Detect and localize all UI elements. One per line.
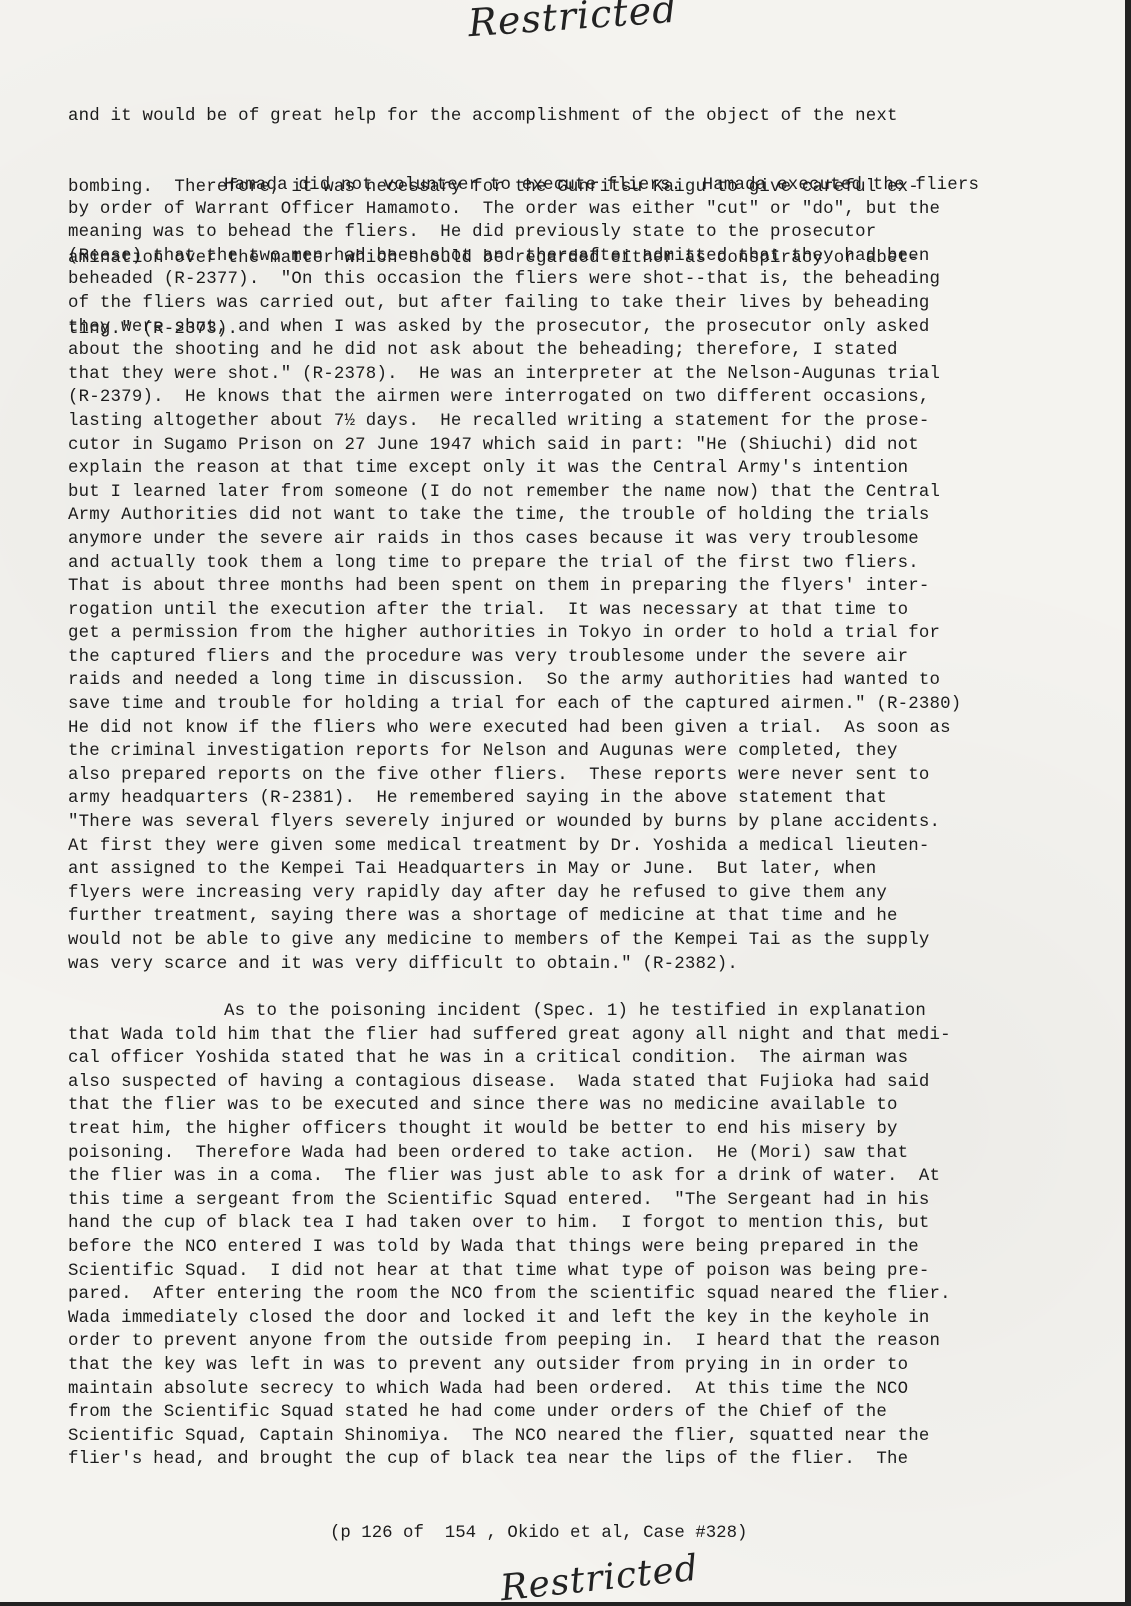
- text-line: by order of Warrant Officer Hamamoto. Th…: [68, 198, 1078, 222]
- text-line: ant assigned to the Kempei Tai Headquart…: [68, 858, 1078, 882]
- text-line: Scientific Squad, Captain Shinomiya. The…: [68, 1425, 1078, 1449]
- text-line: was very scarce and it was very difficul…: [68, 953, 1078, 977]
- text-line: that the flier was to be executed and si…: [68, 1094, 1078, 1118]
- text-line: Wada immediately closed the door and loc…: [68, 1307, 1078, 1331]
- text-line: would not be able to give any medicine t…: [68, 929, 1078, 953]
- text-line: the flier was in a coma. The flier was j…: [68, 1165, 1078, 1189]
- text-line: maintain absolute secrecy to which Wada …: [68, 1378, 1078, 1402]
- scan-edge-right: [1125, 0, 1131, 1606]
- text-line: of the fliers was carried out, but after…: [68, 292, 1078, 316]
- text-line: get a permission from the higher authori…: [68, 622, 1078, 646]
- text-line: poisoning. Therefore Wada had been order…: [68, 1142, 1078, 1166]
- text-line: meaning was to behead the fliers. He did…: [68, 221, 1078, 245]
- text-line: beheaded (R-2377). "On this occasion the…: [68, 268, 1078, 292]
- text-line: that they were shot." (R-2378). He was a…: [68, 363, 1078, 387]
- text-line: and actually took them a long time to pr…: [68, 552, 1078, 576]
- text-line: about the shooting and he did not ask ab…: [68, 339, 1078, 363]
- text-line: anymore under the severe air raids in th…: [68, 528, 1078, 552]
- text-line: (R-2379). He knows that the airmen were …: [68, 386, 1078, 410]
- text-line: and it would be of great help for the ac…: [68, 105, 1078, 129]
- text-line: cutor in Sugamo Prison on 27 June 1947 w…: [68, 434, 1078, 458]
- text-line: army headquarters (R-2381). He remembere…: [68, 787, 1078, 811]
- text-line: cal officer Yoshida stated that he was i…: [68, 1047, 1078, 1071]
- paragraph-2: Hamada did not volunteer to execute flie…: [68, 174, 1078, 976]
- restricted-stamp-top: Restricted: [467, 0, 679, 45]
- text-line: the captured fliers and the procedure wa…: [68, 646, 1078, 670]
- text-line: Army Authorities did not want to take th…: [68, 504, 1078, 528]
- text-line: save time and trouble for holding a tria…: [68, 693, 1078, 717]
- text-line: Scientific Squad. I did not hear at that…: [68, 1260, 1078, 1284]
- document-page: Restricted and it would be of great help…: [0, 0, 1131, 1606]
- text-line: order to prevent anyone from the outside…: [68, 1330, 1078, 1354]
- text-line: also prepared reports on the five other …: [68, 764, 1078, 788]
- text-line: raids and needed a long time in discussi…: [68, 669, 1078, 693]
- text-line: from the Scientific Squad stated he had …: [68, 1401, 1078, 1425]
- text-line: this time a sergeant from the Scientific…: [68, 1189, 1078, 1213]
- text-line: further treatment, saying there was a sh…: [68, 905, 1078, 929]
- text-line: that the key was left in was to prevent …: [68, 1354, 1078, 1378]
- text-line: they were shot, and when I was asked by …: [68, 316, 1078, 340]
- text-line: treat him, the higher officers thought i…: [68, 1118, 1078, 1142]
- text-line: He did not know if the fliers who were e…: [68, 717, 1078, 741]
- scan-edge-bottom: [0, 1602, 1131, 1606]
- text-line: that Wada told him that the flier had su…: [68, 1024, 1078, 1048]
- text-line: flyers were increasing very rapidly day …: [68, 882, 1078, 906]
- text-line: (Reese) that the two men had been shot a…: [68, 245, 1078, 269]
- paragraph-3: As to the poisoning incident (Spec. 1) h…: [68, 1000, 1078, 1472]
- text-line: flier's head, and brought the cup of bla…: [68, 1448, 1078, 1472]
- text-line: Hamada did not volunteer to execute flie…: [68, 174, 1078, 198]
- text-line: "There was several flyers severely injur…: [68, 811, 1078, 835]
- text-line: As to the poisoning incident (Spec. 1) h…: [68, 1000, 1078, 1024]
- text-line: That is about three months had been spen…: [68, 575, 1078, 599]
- page-footer: (p 126 of 154 , Okido et al, Case #328): [330, 1524, 747, 1543]
- text-line: the criminal investigation reports for N…: [68, 740, 1078, 764]
- text-line: At first they were given some medical tr…: [68, 835, 1078, 859]
- text-line: before the NCO entered I was told by Wad…: [68, 1236, 1078, 1260]
- text-line: but I learned later from someone (I do n…: [68, 481, 1078, 505]
- text-line: explain the reason at that time except o…: [68, 457, 1078, 481]
- text-line: rogation until the execution after the t…: [68, 599, 1078, 623]
- text-line: lasting altogether about 7½ days. He rec…: [68, 410, 1078, 434]
- text-line: pared. After entering the room the NCO f…: [68, 1283, 1078, 1307]
- text-line: hand the cup of black tea I had taken ov…: [68, 1212, 1078, 1236]
- text-line: also suspected of having a contagious di…: [68, 1071, 1078, 1095]
- restricted-stamp-bottom: Restricted: [498, 1548, 700, 1606]
